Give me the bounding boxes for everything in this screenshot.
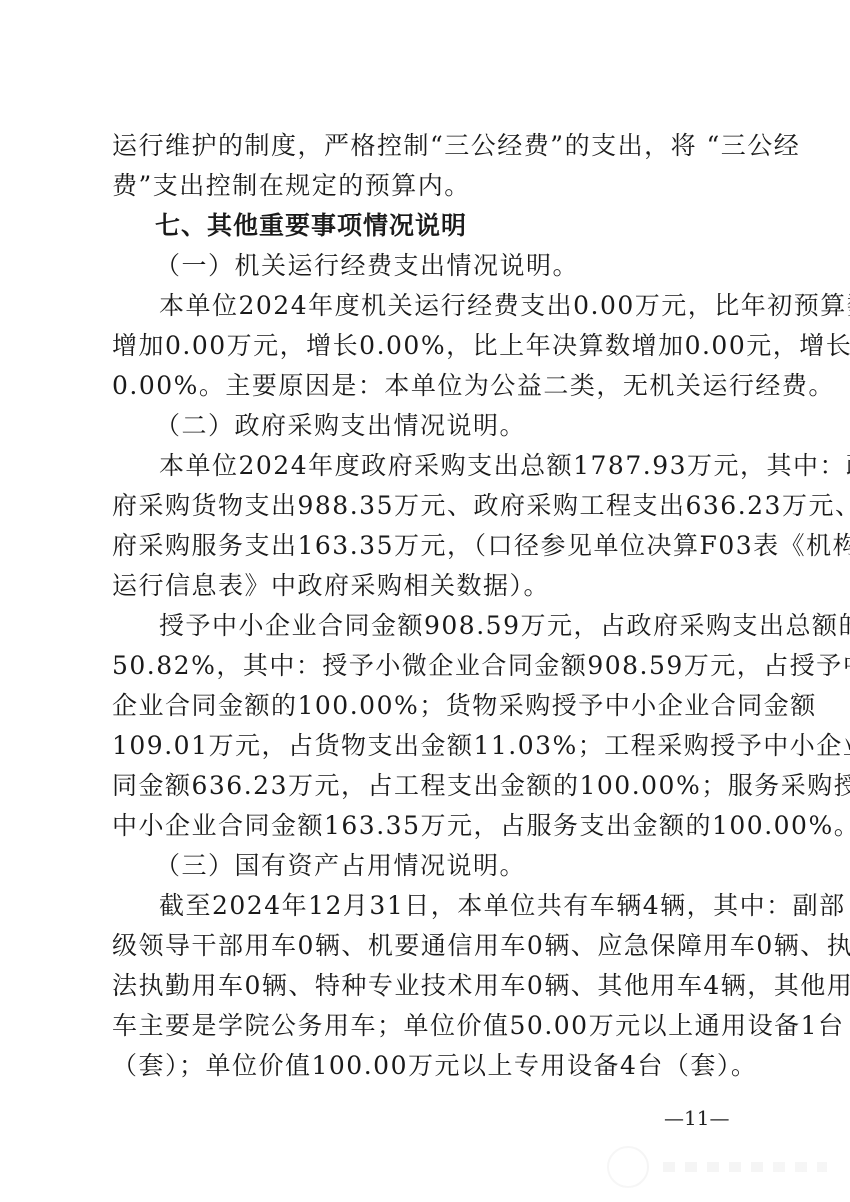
paragraph-state-assets-line-3: 法执勤用车0辆、特种专业技术用车0辆、其他用车4辆，其他用 [112,966,744,1006]
paragraph-sme-contracts-line-6: 中小企业合同金额163.35万元，占服务支出金额的100.00%。 [112,806,744,846]
paragraph-state-assets-line-2: 级领导干部用车0辆、机要通信用车0辆、应急保障用车0辆、执 [112,926,744,966]
paragraph-state-assets-line-4: 车主要是学院公务用车；单位价值50.00万元以上通用设备1台 [112,1006,744,1046]
paragraph-procurement-line-1: 本单位2024年度政府采购支出总额1787.93万元，其中：政 [112,446,744,486]
paragraph-operating-expenses-line-2: 增加0.00万元，增长0.00%，比上年决算数增加0.00元，增长 [112,326,744,366]
paragraph-operating-expenses-line-1: 本单位2024年度机关运行经费支出0.00万元，比年初预算数 [112,286,744,326]
paragraph-sme-contracts-line-5: 同金额636.23万元，占工程支出金额的100.00%；服务采购授予 [112,766,744,806]
paragraph-procurement-line-3: 府采购服务支出163.35万元，（口径参见单位决算F03表《机构 [112,526,744,566]
watermark-text-placeholder [663,1162,827,1172]
paragraph-state-assets-line-5: （套）；单位价值100.00万元以上专用设备4台（套）。 [112,1046,744,1086]
subheading-operating-expenses: （一）机关运行经费支出情况说明。 [112,246,744,286]
paragraph-sme-contracts-line-4: 109.01万元，占货物支出金额11.03%；工程采购授予中小企业合 [112,726,744,766]
paragraph-sme-contracts-line-3: 企业合同金额的100.00%；货物采购授予中小企业合同金额 [112,686,744,726]
seal-icon [607,1146,649,1188]
paragraph-sme-contracts-line-2: 50.82%，其中：授予小微企业合同金额908.59万元，占授予中小 [112,646,744,686]
paragraph-operating-expenses-line-3: 0.00%。主要原因是：本单位为公益二类，无机关运行经费。 [112,366,744,406]
body-line-continuation: 运行维护的制度，严格控制“三公经费”的支出，将 “三公经 [112,126,744,166]
document-page: 运行维护的制度，严格控制“三公经费”的支出，将 “三公经 费”支出控制在规定的预… [112,126,744,1086]
subheading-government-procurement: （二）政府采购支出情况说明。 [112,406,744,446]
paragraph-state-assets-line-1: 截至2024年12月31日，本单位共有车辆4辆，其中：副部（省） [112,886,744,926]
body-line-paragraph-end: 费”支出控制在规定的预算内。 [112,166,744,206]
watermark [607,1143,827,1191]
paragraph-sme-contracts-line-1: 授予中小企业合同金额908.59万元，占政府采购支出总额的 [112,606,744,646]
section-heading-other-matters: 七、其他重要事项情况说明 [112,206,744,246]
page-number: —11— [664,1106,729,1130]
subheading-state-assets: （三）国有资产占用情况说明。 [112,846,744,886]
paragraph-procurement-line-2: 府采购货物支出988.35万元、政府采购工程支出636.23万元、政 [112,486,744,526]
paragraph-procurement-line-4: 运行信息表》中政府采购相关数据）。 [112,566,744,606]
